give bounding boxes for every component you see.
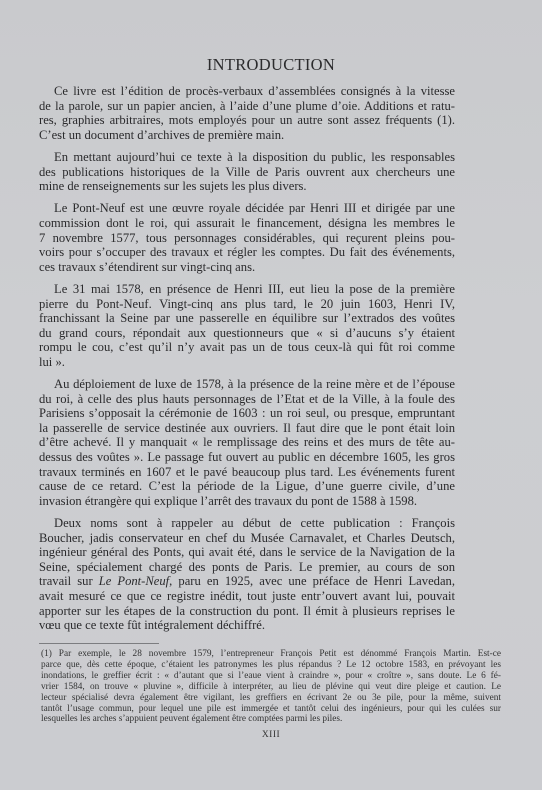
footnote-line: lecteur spécialisé devra également être … (41, 693, 501, 704)
page-title: INTRODUCTION (0, 55, 542, 75)
text-line: Le Pont-Neuf est une œuvre royale décidé… (39, 201, 455, 216)
text-line: lui ». (39, 355, 455, 370)
text-line: ingénieur général des Ponts, qui avait é… (39, 545, 455, 560)
paragraph: Le Pont-Neuf est une œuvre royale décidé… (39, 201, 455, 274)
text-line: avait mesuré ce que ce registre inédit, … (39, 589, 455, 604)
paragraph: Deux noms sont à rappeler au début de ce… (39, 516, 455, 633)
text-line: du grand cours, répondait aux questionne… (39, 326, 455, 341)
text-line: mine de renseignements sur les sujets le… (39, 179, 455, 194)
paragraph: Le 31 mai 1578, en présence de Henri III… (39, 282, 455, 370)
text-line: voirs pour s’occuper des travaux et régl… (39, 245, 455, 260)
text-line: du roi, à celle des plus hauts personnag… (39, 392, 455, 407)
text-line: ces travaux s’étendirent sur vingt-cinq … (39, 260, 455, 275)
text-line: de la parole, sur un papier ancien, à l’… (39, 99, 455, 114)
text-line: travail sur Le Pont-Neuf, paru en 1925, … (39, 574, 455, 589)
text-line: vœu que ce texte fût intégralement déchi… (39, 618, 455, 633)
text-line: Boucher, jadis conservateur en chef du M… (39, 531, 455, 546)
paragraph: Au déploiement de luxe de 1578, à la pré… (39, 377, 455, 508)
text-line: la passerelle de service destinée aux ou… (39, 421, 455, 436)
footnote-divider (39, 643, 159, 644)
text-line: res, graphies arbitraires, mots employés… (39, 113, 455, 128)
text-line: Au déploiement de luxe de 1578, à la pré… (39, 377, 455, 392)
footnote-line: lesquelles les arches s’appuient peuvent… (41, 714, 501, 725)
text-line: Ce livre est l’édition de procès-verbaux… (39, 84, 455, 99)
paragraph: Ce livre est l’édition de procès-verbaux… (39, 84, 455, 142)
page-number: XIII (0, 730, 542, 740)
text-line: d’être achevé. Il y manquait « le rempli… (39, 435, 455, 450)
footnote-line: vrier 1584, on trouve « pluvine », diffi… (41, 682, 501, 693)
footnote: (1) Par exemple, le 28 novembre 1579, l’… (41, 649, 501, 725)
text-line: 7 novembre 1577, tous personnages consid… (39, 231, 455, 246)
text-line: cause de ce retard. C’est la période de … (39, 479, 455, 494)
text-line: Le 31 mai 1578, en présence de Henri III… (39, 282, 455, 297)
text-line: dessus des voûtes ». Le passage fut ouve… (39, 450, 455, 465)
text-line: travaux terminés en 1607 et le pavé beau… (39, 465, 455, 480)
text-line: C’est un document d’archives de première… (39, 128, 455, 143)
text-line: commission dont le roi, qui assurait le … (39, 216, 455, 231)
text-line: pierre du Pont-Neuf. Vingt-cinq ans plus… (39, 297, 455, 312)
footnote-line: parce que, dès cette époque, c’étaient l… (41, 660, 501, 671)
paragraph: En mettant aujourd’hui ce texte à la dis… (39, 150, 455, 194)
text-line: Parisiens s’opposait la cérémonie de 160… (39, 406, 455, 421)
document-page: INTRODUCTION Ce livre est l’édition de p… (0, 0, 542, 790)
text-line: rompu le cou, c’est qu’il n’y avait pas … (39, 340, 455, 355)
text-line: En mettant aujourd’hui ce texte à la dis… (39, 150, 455, 165)
footnote-line: inondations, le greffier écrit : « d’aut… (41, 671, 501, 682)
text-line: apporter sur les étapes de la constructi… (39, 604, 455, 619)
body-text: Ce livre est l’édition de procès-verbaux… (39, 84, 455, 640)
text-line: des publications historiques de la Ville… (39, 165, 455, 180)
text-line: franchissant la Seine par une passerelle… (39, 311, 455, 326)
text-line: Seine, spécialement chargé des ponts de … (39, 560, 455, 575)
footnote-line: tantôt l’usage commun, pour lequel une p… (41, 704, 501, 715)
text-line: invasion étrangère qui explique l’arrêt … (39, 494, 455, 509)
text-line: Deux noms sont à rappeler au début de ce… (39, 516, 455, 531)
footnote-line: (1) Par exemple, le 28 novembre 1579, l’… (41, 649, 501, 660)
